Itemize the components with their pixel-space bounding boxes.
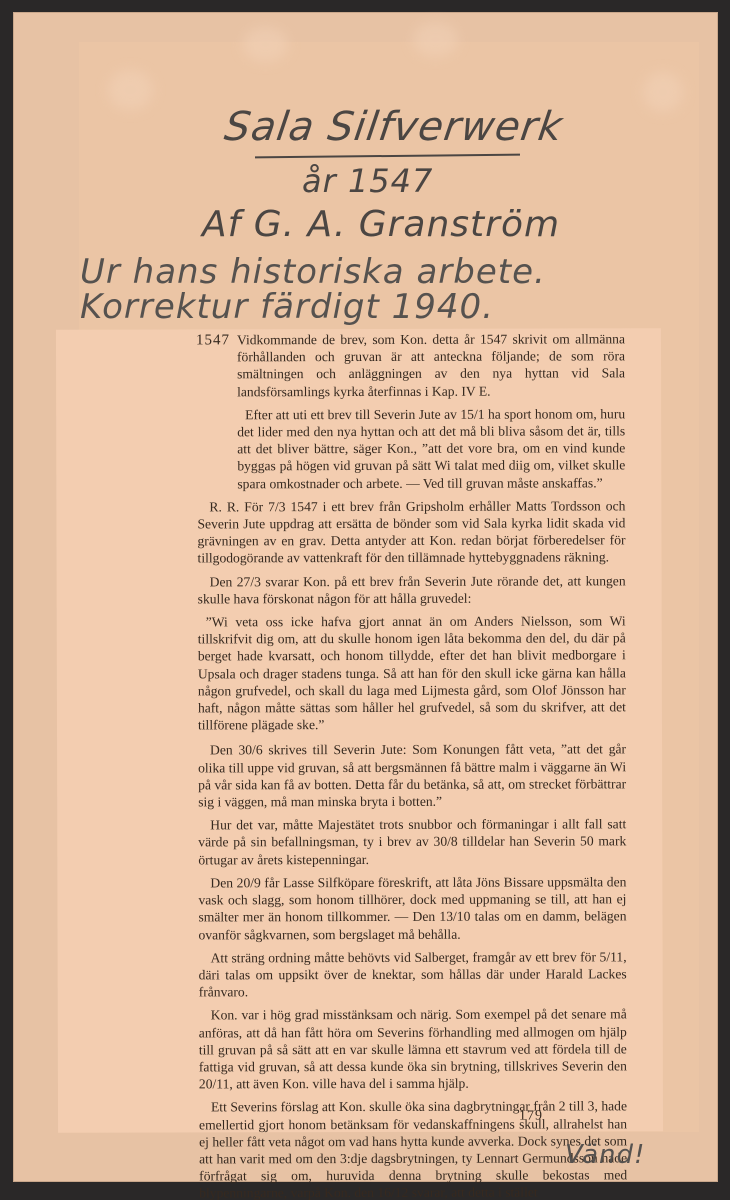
handwritten-title: Sala Silfverwerk	[222, 104, 566, 150]
printed-text-body: Vidkommande de brev, som Kon. detta år 1…	[197, 330, 627, 1200]
printed-page-clipping: 1547 Vidkommande de brev, som Kon. detta…	[56, 328, 663, 1133]
paper-stain	[108, 70, 153, 110]
paper-stain	[413, 22, 458, 57]
paragraph: Hur det var, måtte Majestätet trots snub…	[198, 816, 626, 869]
paper-stain	[243, 27, 288, 62]
paragraph: Kon. var i hög grad misstänksam och näri…	[199, 1006, 627, 1093]
handwritten-turn-over-note: Vänd!	[565, 1140, 645, 1170]
paragraph: Vidkommande de brev, som Kon. detta år 1…	[237, 330, 625, 400]
paragraph: Ett Severins förslag att Kon. skulle öka…	[199, 1098, 627, 1200]
paragraph: Efter att uti ett brev till Severin Jute…	[237, 405, 625, 492]
paragraph: Den 27/3 svarar Kon. på ett brev från Se…	[198, 572, 626, 608]
paragraph: Den 30/6 skrives till Severin Jute: Som …	[198, 741, 626, 811]
paper-stain	[643, 72, 683, 112]
handwritten-author: Af G. A. Granström	[202, 204, 560, 245]
handwritten-year: år 1547	[302, 162, 433, 200]
block-quote: ”Wi veta oss icke hafva gjort annat än o…	[198, 612, 626, 734]
handwritten-note-line-1: Ur hans historiska arbete.	[80, 252, 546, 292]
page-number: 179	[519, 1109, 543, 1125]
paragraph: Att sträng ordning måtte behövts vid Sal…	[199, 948, 627, 1001]
handwritten-note-line-2: Korrektur färdigt 1940.	[80, 287, 494, 327]
paragraph: Den 20/9 får Lasse Silfköpare föreskrift…	[198, 873, 626, 943]
paragraph: R. R. För 7/3 1547 i ett brev från Grips…	[197, 497, 625, 567]
